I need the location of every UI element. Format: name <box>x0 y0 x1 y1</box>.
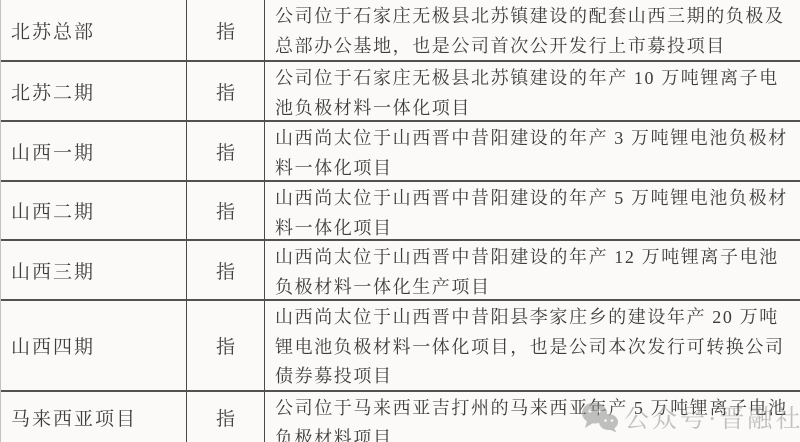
table-row-refers: 指 <box>187 392 265 442</box>
table-row-refers: 指 <box>187 241 265 301</box>
table-row-definition: 公司位于马来西亚吉打州的马来西亚年产 5 万吨锂离子电池 负极材料项目 <box>265 392 800 442</box>
table-row-refers: 指 <box>187 122 265 182</box>
table-row-term: 马来西亚项目 <box>1 392 187 442</box>
table-row-refers: 指 <box>187 182 265 241</box>
document-page: 北苏总部 指 公司位于石家庄无极县北苏镇建设的配套山西三期的负极及 总部办公基地… <box>0 0 800 442</box>
table-row-definition: 山西尚太位于山西晋中昔阳县李家庄乡的建设年产 20 万吨 锂电池负极材料一体化项… <box>265 301 800 392</box>
table-row-definition: 公司位于石家庄无极县北苏镇建设的年产 10 万吨锂离子电 池负极材料一体化项目 <box>265 62 800 122</box>
table-row-refers: 指 <box>187 62 265 122</box>
table-row-term: 北苏总部 <box>1 0 187 62</box>
table-row-term: 山西一期 <box>1 122 187 182</box>
table-row-refers: 指 <box>187 0 265 62</box>
table-row-term: 山西三期 <box>1 241 187 301</box>
table-row-definition: 山西尚太位于山西晋中昔阳建设的年产 3 万吨锂电池负极材 料一体化项目 <box>265 122 800 182</box>
table-row-term: 北苏二期 <box>1 62 187 122</box>
table-row-definition: 山西尚太位于山西晋中昔阳建设的年产 5 万吨锂电池负极材 料一体化项目 <box>265 182 800 241</box>
table-row-term: 山西四期 <box>1 301 187 392</box>
table-row-definition: 山西尚太位于山西晋中昔阳建设的年产 12 万吨锂离子电池 负极材料一体化生产项目 <box>265 241 800 301</box>
table-row-definition: 公司位于石家庄无极县北苏镇建设的配套山西三期的负极及 总部办公基地，也是公司首次… <box>265 0 800 62</box>
table-row-term: 山西二期 <box>1 182 187 241</box>
table-row-refers: 指 <box>187 301 265 392</box>
